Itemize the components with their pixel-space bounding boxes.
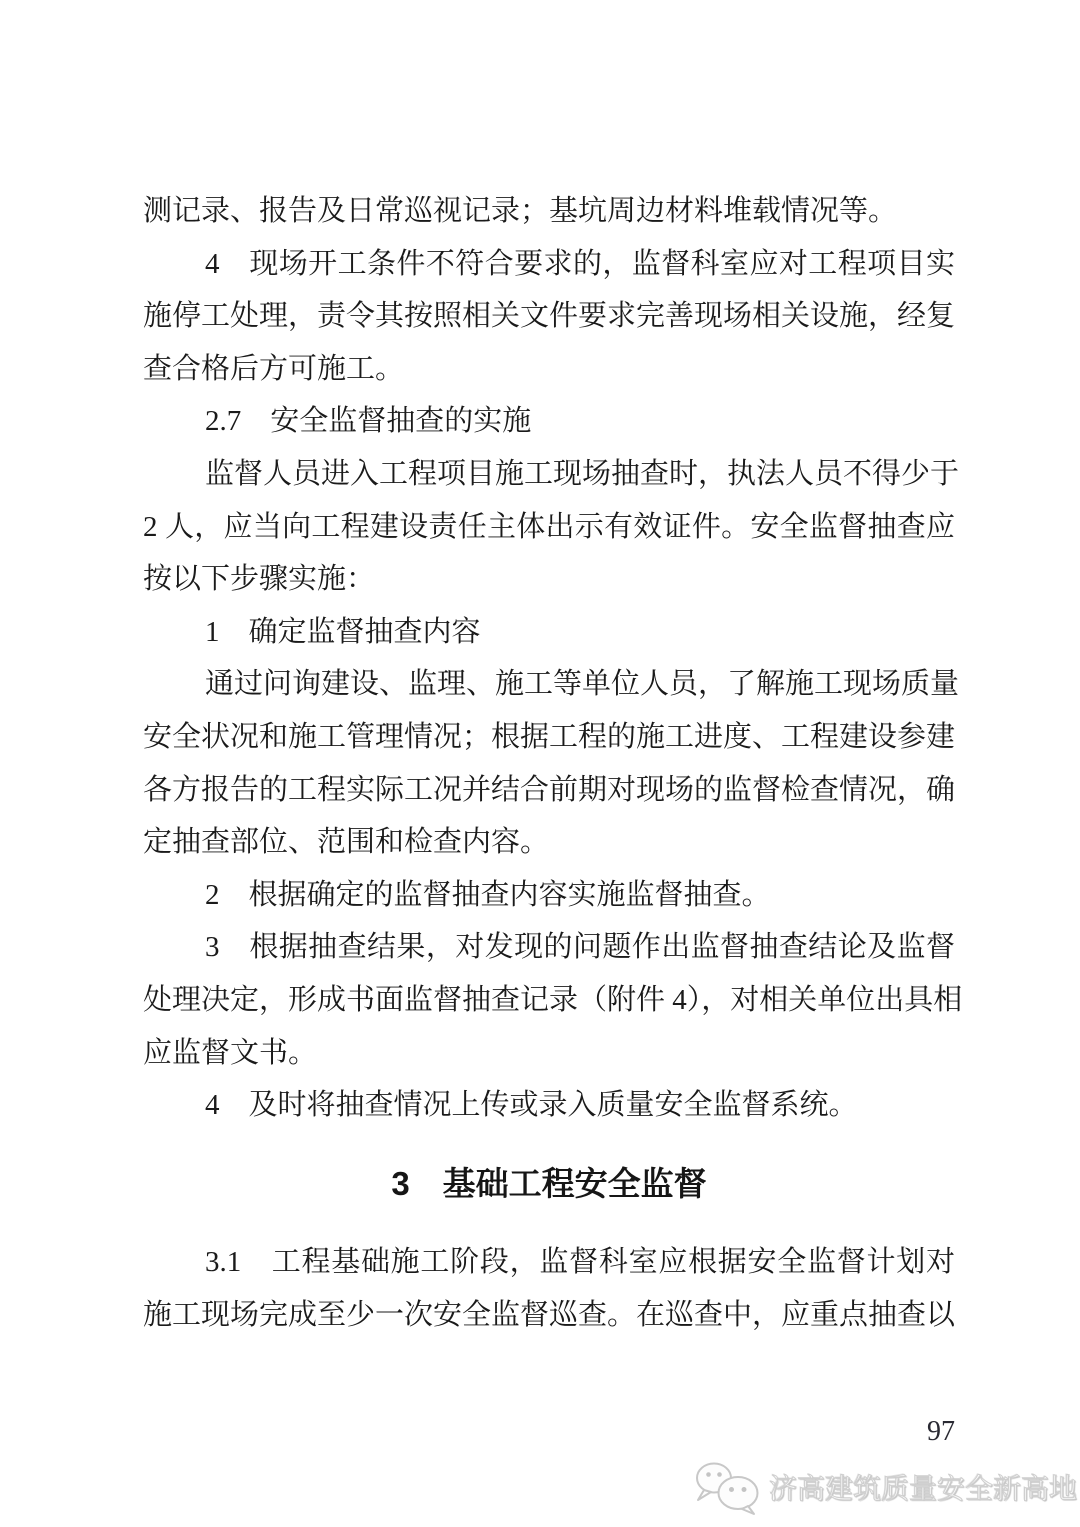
text-line-7: 2 人，应当向工程建设责任主体出示有效证件。安全监督抽查应 — [143, 501, 955, 554]
watermark: 济高建筑质量安全新高地 — [693, 1458, 1077, 1516]
text-line-3: 施停工处理，责令其按照相关文件要求完善现场相关设施，经复 — [143, 290, 955, 343]
text-line-20: 施工现场完成至少一次安全监督巡查。在巡查中，应重点抽查以 — [143, 1289, 955, 1342]
text-line-17: 应监督文书。 — [143, 1027, 955, 1080]
text-line-10: 通过问询建设、监理、施工等单位人员，了解施工现场质量 — [143, 658, 955, 711]
step-2-line: 2 根据确定的监督抽查内容实施监督抽查。 — [143, 869, 955, 922]
section-3-1-line: 3.1 工程基础施工阶段，监督科室应根据安全监督计划对 — [143, 1236, 955, 1289]
text-line-6: 监督人员进入工程项目施工现场抽查时，执法人员不得少于 — [143, 448, 955, 501]
text-line-12: 各方报告的工程实际工况并结合前期对现场的监督检查情况，确 — [143, 764, 955, 817]
step-1-title: 1 确定监督抽查内容 — [143, 606, 955, 659]
text-line-11: 安全状况和施工管理情况；根据工程的施工进度、工程建设参建 — [143, 711, 955, 764]
text-line-13: 定抽查部位、范围和检查内容。 — [143, 816, 955, 869]
section-2-7-title: 2.7 安全监督抽查的实施 — [143, 395, 955, 448]
wechat-icon — [693, 1458, 761, 1516]
watermark-text: 济高建筑质量安全新高地 — [769, 1467, 1077, 1507]
section-3-heading: 3 基础工程安全监督 — [143, 1158, 955, 1211]
text-line-2: 4 现场开工条件不符合要求的，监督科室应对工程项目实 — [143, 238, 955, 291]
text-line-4: 查合格后方可施工。 — [143, 343, 955, 396]
step-4-line: 4 及时将抽查情况上传或录入质量安全监督系统。 — [143, 1079, 955, 1132]
text-line-1: 测记录、报告及日常巡视记录；基坑周边材料堆载情况等。 — [143, 185, 955, 238]
text-line-16: 处理决定，形成书面监督抽查记录（附件 4），对相关单位出具相 — [143, 974, 955, 1027]
document-page: 测记录、报告及日常巡视记录；基坑周边材料堆载情况等。 4 现场开工条件不符合要求… — [0, 0, 1080, 1527]
page-number: 97 — [927, 1416, 955, 1448]
document-body: 测记录、报告及日常巡视记录；基坑周边材料堆载情况等。 4 现场开工条件不符合要求… — [143, 185, 955, 1341]
text-line-8: 按以下步骤实施： — [143, 553, 955, 606]
step-3-line: 3 根据抽查结果，对发现的问题作出监督抽查结论及监督 — [143, 921, 955, 974]
